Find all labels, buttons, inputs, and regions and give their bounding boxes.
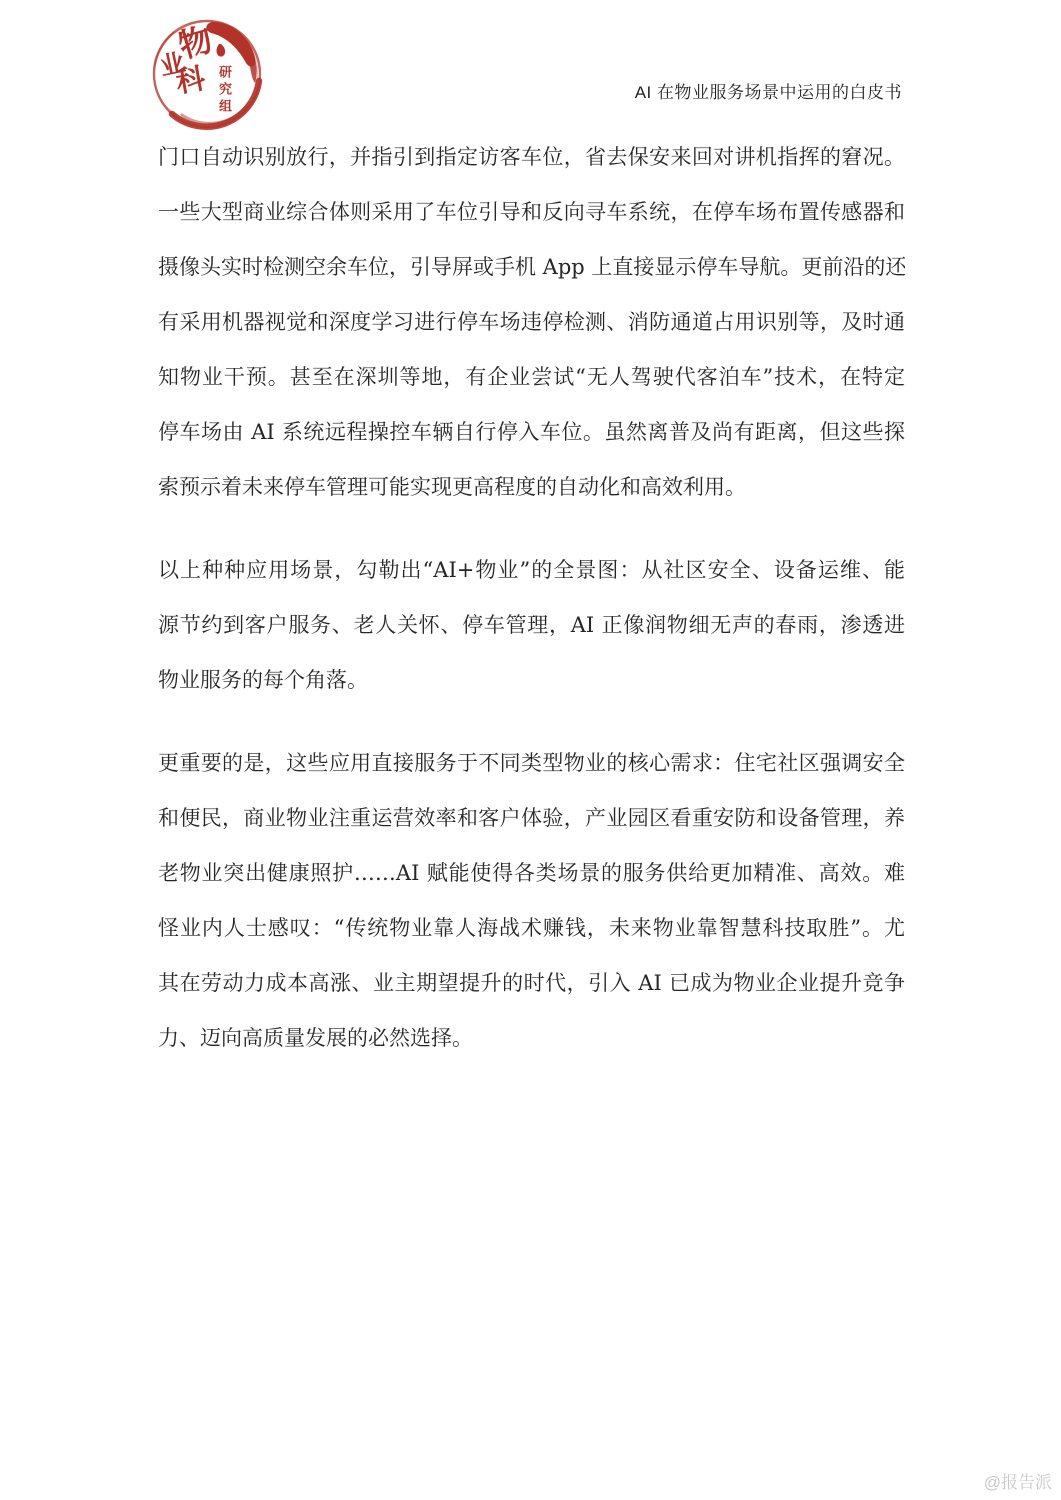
document-body: 门口自动识别放行，并指引到指定访客车位，省去保安来回对讲机指挥的窘况。一些大型商… xyxy=(158,130,905,1094)
text-line: 怪业内人士感叹：“传统物业靠人海战术赚钱，未来物业靠智慧科技取胜”。尤 xyxy=(158,901,905,956)
paragraph: 以上种种应用场景，勾勒出“AI+物业”的全景图：从社区安全、设备运维、能源节约到… xyxy=(158,543,905,708)
logo-seal: 物 业 科 研究组 xyxy=(150,13,265,133)
text-line: 索预示着未来停车管理可能实现更高程度的自动化和高效利用。 xyxy=(158,460,905,515)
page-header-title: AI 在物业服务场景中运用的白皮书 xyxy=(635,78,902,103)
text-line: 知物业干预。甚至在深圳等地，有企业尝试“无人驾驶代客泊车”技术，在特定 xyxy=(158,350,905,405)
text-line: 一些大型商业综合体则采用了车位引导和反向寻车系统，在停车场布置传感器和 xyxy=(158,185,905,240)
watermark-text: @报告派 xyxy=(984,1468,1052,1493)
text-line: 门口自动识别放行，并指引到指定访客车位，省去保安来回对讲机指挥的窘况。 xyxy=(158,130,905,185)
text-line: 老物业突出健康照护……AI 赋能使得各类场景的服务供给更加精准、高效。难 xyxy=(158,846,905,901)
text-line: 停车场由 AI 系统远程操控车辆自行停入车位。虽然离普及尚有距离，但这些探 xyxy=(158,405,905,460)
logo-subtext: 研究组 xyxy=(214,65,233,116)
text-line: 摄像头实时检测空余车位，引导屏或手机 App 上直接显示停车导航。更前沿的还 xyxy=(158,240,905,295)
logo-char-ke: 科 xyxy=(174,64,208,98)
text-line: 力、迈向高质量发展的必然选择。 xyxy=(158,1011,905,1066)
document-page: 物 业 科 研究组 AI 在物业服务场景中运用的白皮书 门口自动识别放行，并指引… xyxy=(0,0,1061,1500)
text-line: 物业服务的每个角落。 xyxy=(158,653,905,708)
paragraph: 门口自动识别放行，并指引到指定访客车位，省去保安来回对讲机指挥的窘况。一些大型商… xyxy=(158,130,905,515)
paragraph: 更重要的是，这些应用直接服务于不同类型物业的核心需求：住宅社区强调安全和便民，商… xyxy=(158,736,905,1066)
text-line: 和便民，商业物业注重运营效率和客户体验，产业园区看重安防和设备管理，养 xyxy=(158,791,905,846)
text-line: 更重要的是，这些应用直接服务于不同类型物业的核心需求：住宅社区强调安全 xyxy=(158,736,905,791)
text-line: 其在劳动力成本高涨、业主期望提升的时代，引入 AI 已成为物业企业提升竞争 xyxy=(158,956,905,1011)
text-line: 以上种种应用场景，勾勒出“AI+物业”的全景图：从社区安全、设备运维、能 xyxy=(158,543,905,598)
text-line: 有采用机器视觉和深度学习进行停车场违停检测、消防通道占用识别等，及时通 xyxy=(158,295,905,350)
text-line: 源节约到客户服务、老人关怀、停车管理，AI 正像润物细无声的春雨，渗透进 xyxy=(158,598,905,653)
